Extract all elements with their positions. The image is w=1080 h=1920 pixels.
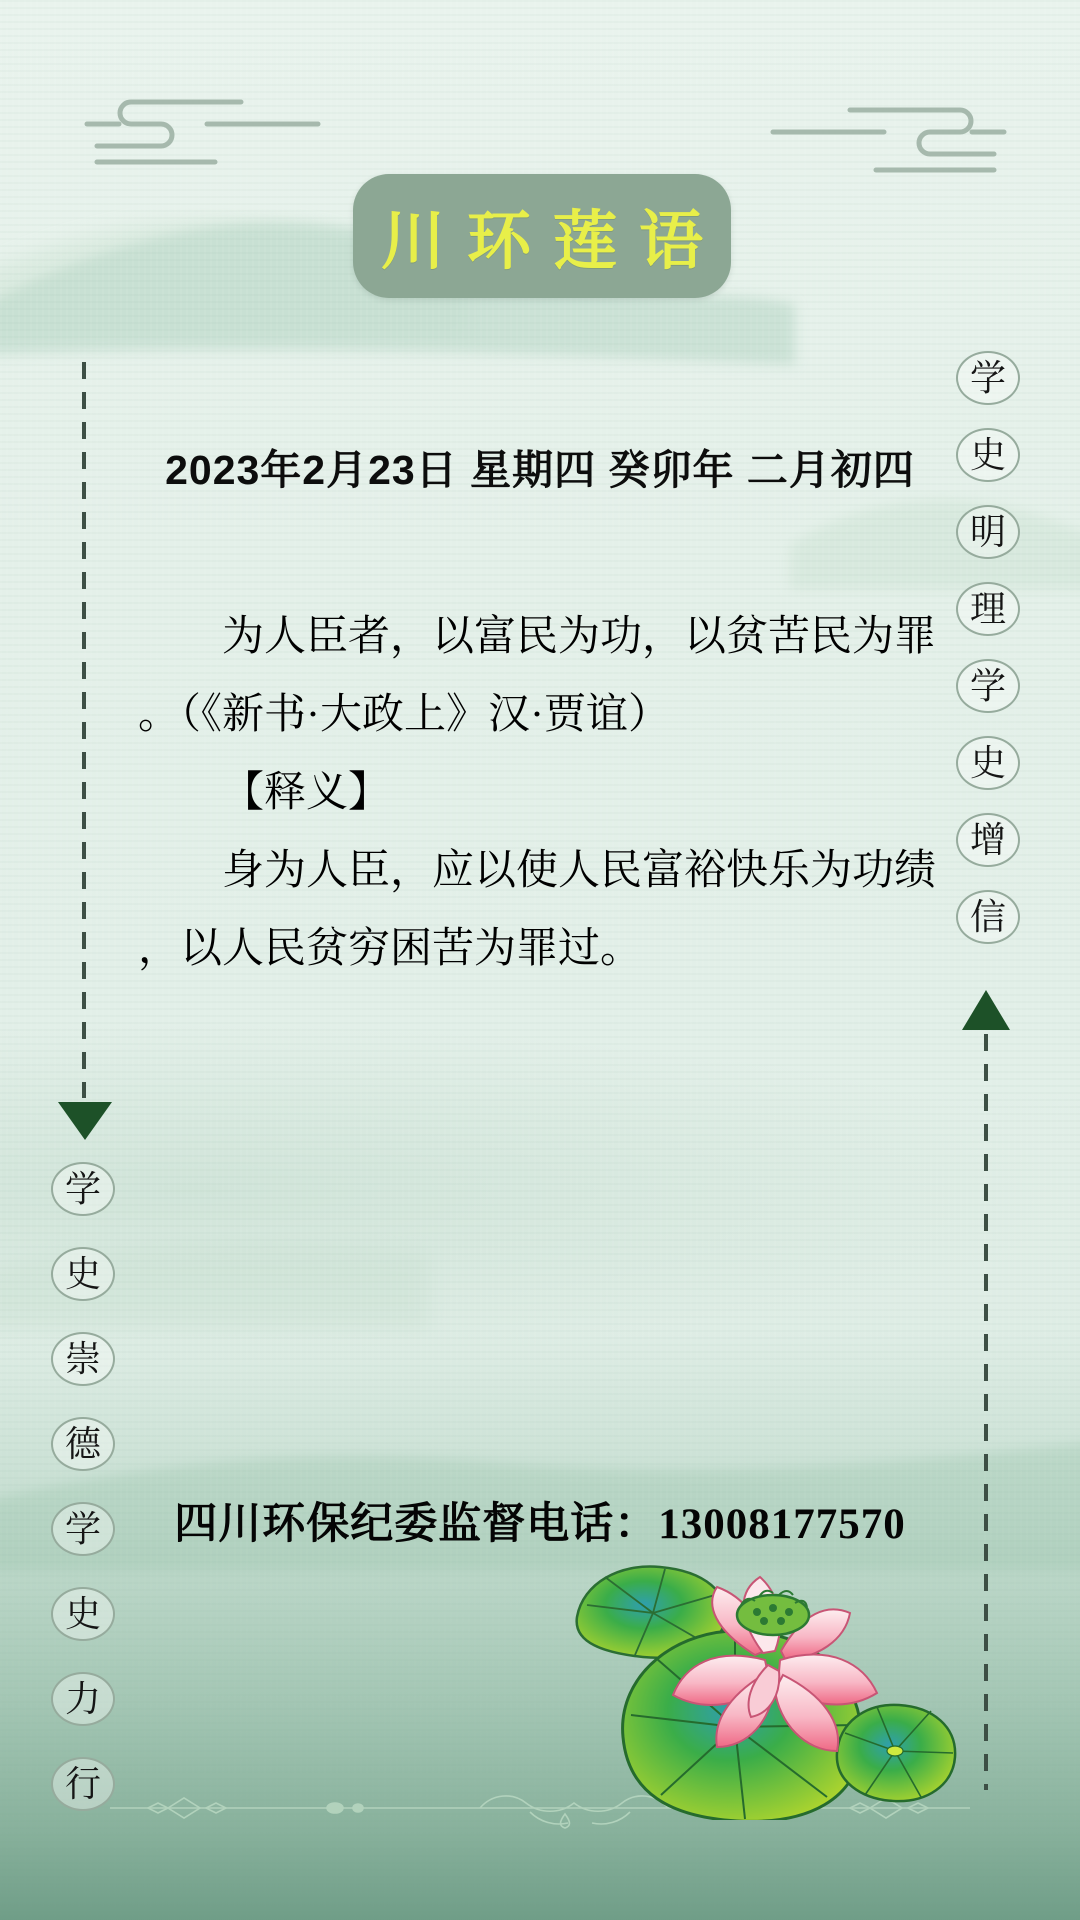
- title-banner: 川环莲语: [353, 174, 731, 298]
- poster-canvas: 川环莲语 2023年2月23日 星期四 癸卯年 二月初四 为人臣者，以富民为功，…: [0, 0, 1080, 1920]
- chain-char: 信: [970, 890, 1006, 944]
- chain-circle: 明: [956, 505, 1020, 559]
- chain-char: 史: [970, 428, 1006, 482]
- lotus-illustration: [565, 1555, 965, 1820]
- chain-char: 史: [970, 736, 1006, 790]
- chain-circle: 学: [51, 1162, 115, 1216]
- chain-circle: 学: [956, 351, 1020, 405]
- quote-line-2: 。（《新书·大政上》汉·贾谊）: [138, 676, 998, 754]
- chain-char: 史: [65, 1247, 101, 1301]
- up-arrow-icon: [962, 990, 1010, 1030]
- chain-char: 史: [65, 1587, 101, 1641]
- quote-line-1: 为人臣者，以富民为功，以贫苦民为罪: [138, 598, 998, 676]
- chain-char: 学: [65, 1502, 101, 1556]
- chain-circle: 学: [51, 1502, 115, 1556]
- explanation-line-1: 身为人臣，应以使人民富裕快乐为功绩: [138, 832, 998, 910]
- dashed-line-right: [984, 1034, 988, 1790]
- page-title: 川环莲语: [359, 190, 725, 282]
- chain-circle: 史: [51, 1247, 115, 1301]
- chain-circle: 德: [51, 1417, 115, 1471]
- date-line: 2023年2月23日 星期四 癸卯年 二月初四: [0, 437, 1080, 496]
- chain-circle: 崇: [51, 1332, 115, 1386]
- chain-char: 理: [970, 582, 1006, 636]
- chain-circle: 学: [956, 659, 1020, 713]
- chain-char: 学: [970, 659, 1006, 713]
- chain-circle: 力: [51, 1672, 115, 1726]
- chain-circle: 行: [51, 1757, 115, 1811]
- cloud-left-icon: [83, 92, 323, 174]
- mist-band: [0, 1020, 1080, 1360]
- cloud-right-icon: [768, 100, 1008, 182]
- chain-char: 行: [65, 1757, 101, 1811]
- phone-line: 四川环保纪委监督电话：13008177570: [0, 1490, 1080, 1551]
- article-body: 为人臣者，以富民为功，以贫苦民为罪 。（《新书·大政上》汉·贾谊） 【释义】 身…: [138, 598, 998, 988]
- chain-char: 崇: [65, 1332, 101, 1386]
- chain-circle: 史: [51, 1587, 115, 1641]
- dashed-line-left: [82, 362, 86, 1098]
- chain-circle: 史: [956, 428, 1020, 482]
- chain-circle: 信: [956, 890, 1020, 944]
- chain-char: 学: [65, 1162, 101, 1216]
- chain-char: 明: [970, 505, 1006, 559]
- chain-char: 德: [65, 1417, 101, 1471]
- section-label: 【释义】: [138, 754, 998, 832]
- chain-circle: 理: [956, 582, 1020, 636]
- chain-char: 增: [970, 813, 1006, 867]
- down-arrow-icon: [58, 1102, 112, 1140]
- chain-circle: 增: [956, 813, 1020, 867]
- chain-circle: 史: [956, 736, 1020, 790]
- chain-char: 学: [970, 351, 1006, 405]
- explanation-line-2: ，以人民贫穷困苦为罪过。: [138, 910, 998, 988]
- chain-char: 力: [65, 1672, 101, 1726]
